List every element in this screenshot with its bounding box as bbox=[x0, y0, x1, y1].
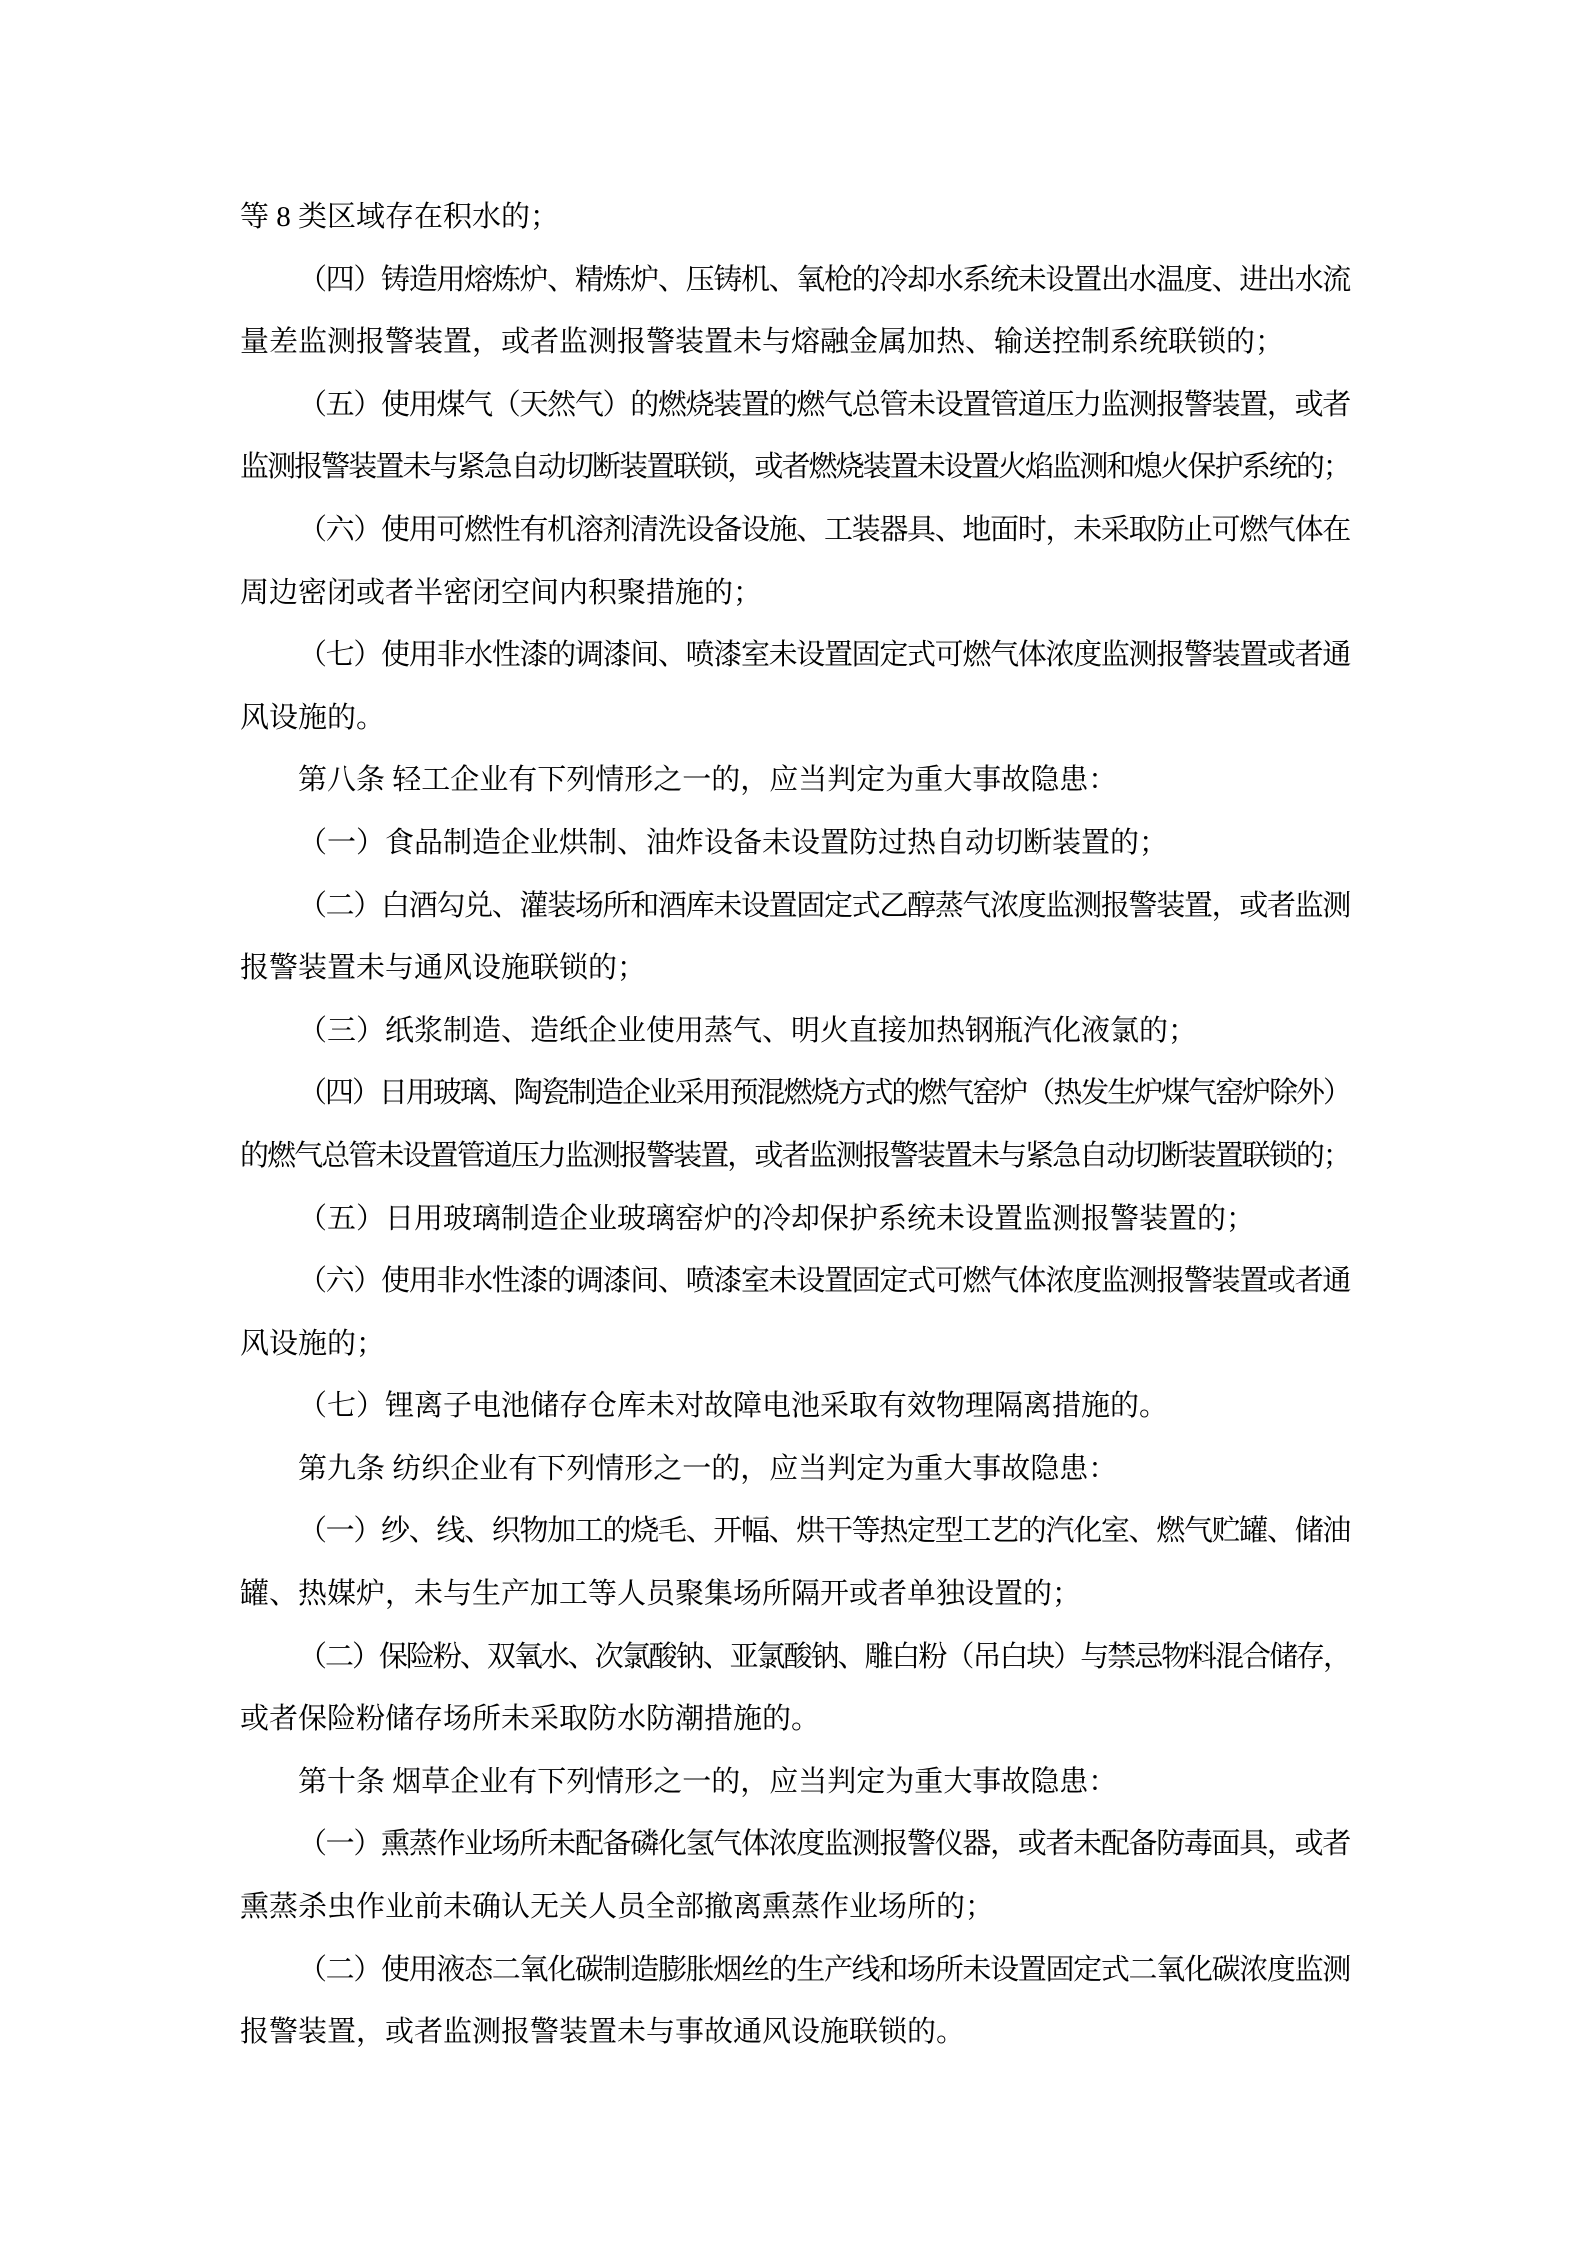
text-line: （四）日用玻璃、陶瓷制造企业采用预混燃烧方式的燃气窑炉（热发生炉煤气窑炉除外） bbox=[240, 1062, 1350, 1125]
text-line: （一）食品制造企业烘制、油炸设备未设置防过热自动切断装置的； bbox=[240, 812, 1350, 875]
text-line: 罐、热媒炉，未与生产加工等人员聚集场所隔开或者单独设置的； bbox=[240, 1563, 1350, 1626]
text-line: 等 8 类区域存在积水的； bbox=[240, 186, 1350, 249]
text-line: 报警装置，或者监测报警装置未与事故通风设施联锁的。 bbox=[240, 2001, 1350, 2064]
text-line: （二）保险粉、双氧水、次氯酸钠、亚氯酸钠、雕白粉（吊白块）与禁忌物料混合储存， bbox=[240, 1626, 1350, 1689]
text-line: 或者保险粉储存场所未采取防水防潮措施的。 bbox=[240, 1688, 1350, 1751]
text-line: 量差监测报警装置，或者监测报警装置未与熔融金属加热、输送控制系统联锁的； bbox=[240, 311, 1350, 374]
text-line: 监测报警装置未与紧急自动切断装置联锁，或者燃烧装置未设置火焰监测和熄火保护系统的… bbox=[240, 436, 1350, 499]
text-line: 第九条 纺织企业有下列情形之一的，应当判定为重大事故隐患： bbox=[240, 1438, 1350, 1501]
text-line: 熏蒸杀虫作业前未确认无关人员全部撤离熏蒸作业场所的； bbox=[240, 1876, 1350, 1939]
text-line: （五）使用煤气（天然气）的燃烧装置的燃气总管未设置管道压力监测报警装置，或者 bbox=[240, 374, 1350, 437]
text-line: （一）纱、线、织物加工的烧毛、开幅、烘干等热定型工艺的汽化室、燃气贮罐、储油 bbox=[240, 1500, 1350, 1563]
text-line: 第八条 轻工企业有下列情形之一的，应当判定为重大事故隐患： bbox=[240, 749, 1350, 812]
document-page: 等 8 类区域存在积水的；（四）铸造用熔炼炉、精炼炉、压铸机、氧枪的冷却水系统未… bbox=[0, 0, 1587, 2245]
text-line: 第十条 烟草企业有下列情形之一的，应当判定为重大事故隐患： bbox=[240, 1751, 1350, 1814]
text-line: （六）使用非水性漆的调漆间、喷漆室未设置固定式可燃气体浓度监测报警装置或者通 bbox=[240, 1250, 1350, 1313]
text-line: （四）铸造用熔炼炉、精炼炉、压铸机、氧枪的冷却水系统未设置出水温度、进出水流 bbox=[240, 249, 1350, 312]
text-line: （七）锂离子电池储存仓库未对故障电池采取有效物理隔离措施的。 bbox=[240, 1375, 1350, 1438]
text-line: （七）使用非水性漆的调漆间、喷漆室未设置固定式可燃气体浓度监测报警装置或者通 bbox=[240, 624, 1350, 687]
text-line: 风设施的； bbox=[240, 1313, 1350, 1376]
text-line: （三）纸浆制造、造纸企业使用蒸气、明火直接加热钢瓶汽化液氯的； bbox=[240, 1000, 1350, 1063]
text-line: 周边密闭或者半密闭空间内积聚措施的； bbox=[240, 562, 1350, 625]
text-line: 报警装置未与通风设施联锁的； bbox=[240, 937, 1350, 1000]
text-line: （五）日用玻璃制造企业玻璃窑炉的冷却保护系统未设置监测报警装置的； bbox=[240, 1188, 1350, 1251]
text-line: （二）白酒勾兑、灌装场所和酒库未设置固定式乙醇蒸气浓度监测报警装置，或者监测 bbox=[240, 875, 1350, 938]
text-line: （六）使用可燃性有机溶剂清洗设备设施、工装器具、地面时，未采取防止可燃气体在 bbox=[240, 499, 1350, 562]
text-line: 的燃气总管未设置管道压力监测报警装置，或者监测报警装置未与紧急自动切断装置联锁的… bbox=[240, 1125, 1350, 1188]
document-text-block: 等 8 类区域存在积水的；（四）铸造用熔炼炉、精炼炉、压铸机、氧枪的冷却水系统未… bbox=[240, 186, 1350, 2064]
text-line: （二）使用液态二氧化碳制造膨胀烟丝的生产线和场所未设置固定式二氧化碳浓度监测 bbox=[240, 1939, 1350, 2002]
text-line: 风设施的。 bbox=[240, 687, 1350, 750]
text-line: （一）熏蒸作业场所未配备磷化氢气体浓度监测报警仪器，或者未配备防毒面具，或者 bbox=[240, 1813, 1350, 1876]
